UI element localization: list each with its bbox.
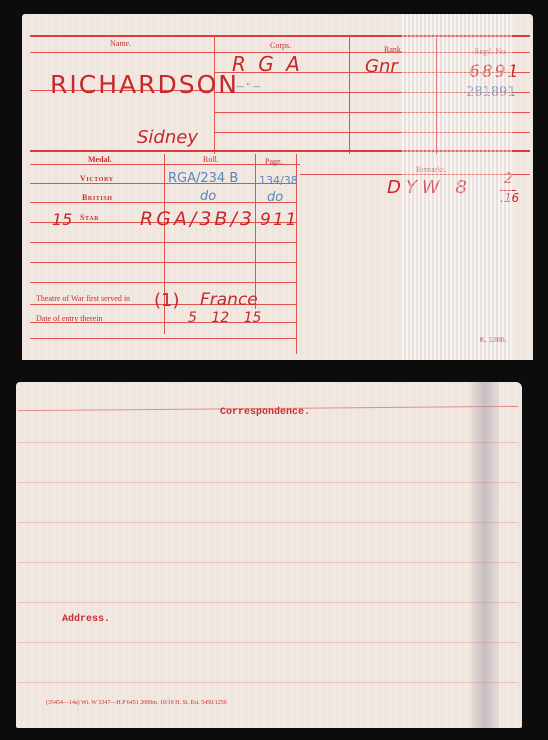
medal-name: British bbox=[82, 193, 113, 202]
page-header: Page. bbox=[265, 157, 283, 166]
roll-value: RGA/234 B bbox=[168, 171, 238, 186]
rank-header: Rank. bbox=[384, 45, 403, 54]
corps-value: R G A bbox=[232, 52, 303, 76]
forename-value: Sidney bbox=[137, 127, 198, 148]
remarks-header: Remarks. bbox=[416, 165, 446, 174]
correspondence-title: Correspondence. bbox=[220, 407, 310, 418]
rule bbox=[30, 282, 296, 283]
page-value: 134/38 bbox=[259, 174, 298, 187]
medal-card-back: Correspondence. Address. (35454—14a) Wt.… bbox=[16, 382, 522, 728]
rule bbox=[300, 174, 530, 175]
regt-no-value: 6891 bbox=[469, 62, 520, 82]
surname-value: RICHARDSON bbox=[50, 70, 239, 99]
remarks-fraction-top: 2 bbox=[504, 171, 513, 187]
rule bbox=[30, 183, 296, 184]
theatre-value: France bbox=[200, 290, 258, 310]
medal-header: Medal. bbox=[88, 155, 112, 164]
address-label: Address. bbox=[62, 614, 110, 625]
page-value: 911 bbox=[260, 210, 298, 230]
col-divider-rank-regt bbox=[436, 38, 437, 154]
theatre-label: Theatre of War first served in bbox=[36, 294, 130, 303]
col-divider-corps-rank bbox=[349, 36, 350, 154]
page-value: do bbox=[267, 190, 283, 205]
roll-value: RGA/3B/3 bbox=[140, 208, 255, 230]
medal-name: Star bbox=[80, 213, 99, 222]
corps-ditto-value: — " — bbox=[236, 82, 261, 91]
date-of-entry-label: Date of entry therein bbox=[36, 314, 102, 323]
header-top-rule bbox=[30, 35, 530, 37]
roll-header: Roll. bbox=[203, 155, 219, 164]
col-divider-roll-page bbox=[255, 154, 256, 309]
name-header: Name. bbox=[110, 39, 131, 48]
rule bbox=[30, 202, 296, 203]
theatre-code: (1) bbox=[154, 290, 180, 311]
rule bbox=[30, 338, 296, 339]
rule bbox=[30, 242, 296, 243]
star-prefix: 15 bbox=[52, 210, 72, 229]
remarks-value: DYW 8 bbox=[387, 177, 472, 198]
corps-header: Corps. bbox=[270, 41, 291, 50]
rule bbox=[30, 164, 300, 165]
print-footer: (35454—14a) Wt. W 3347—H.P 6451 2000m. 1… bbox=[46, 700, 227, 706]
form-number: K. 1380. bbox=[480, 337, 506, 344]
medal-name: Victory bbox=[80, 174, 114, 183]
rank-value: Gnr bbox=[365, 56, 398, 77]
roll-value: do bbox=[200, 189, 216, 204]
date-of-entry-value: 5 12 15 bbox=[188, 310, 261, 326]
rule bbox=[30, 262, 296, 263]
rule bbox=[214, 132, 530, 133]
medal-card-front: Name. Corps. Rank. Regtl. No. RICHARDSON… bbox=[22, 14, 533, 360]
remarks-fraction-bottom: .16 bbox=[500, 191, 519, 205]
regt-no-header: Regtl. No. bbox=[474, 47, 507, 56]
medal-section-top-rule bbox=[30, 150, 530, 152]
rule bbox=[214, 112, 530, 113]
regt-no-2-value: 281891 bbox=[466, 85, 516, 100]
